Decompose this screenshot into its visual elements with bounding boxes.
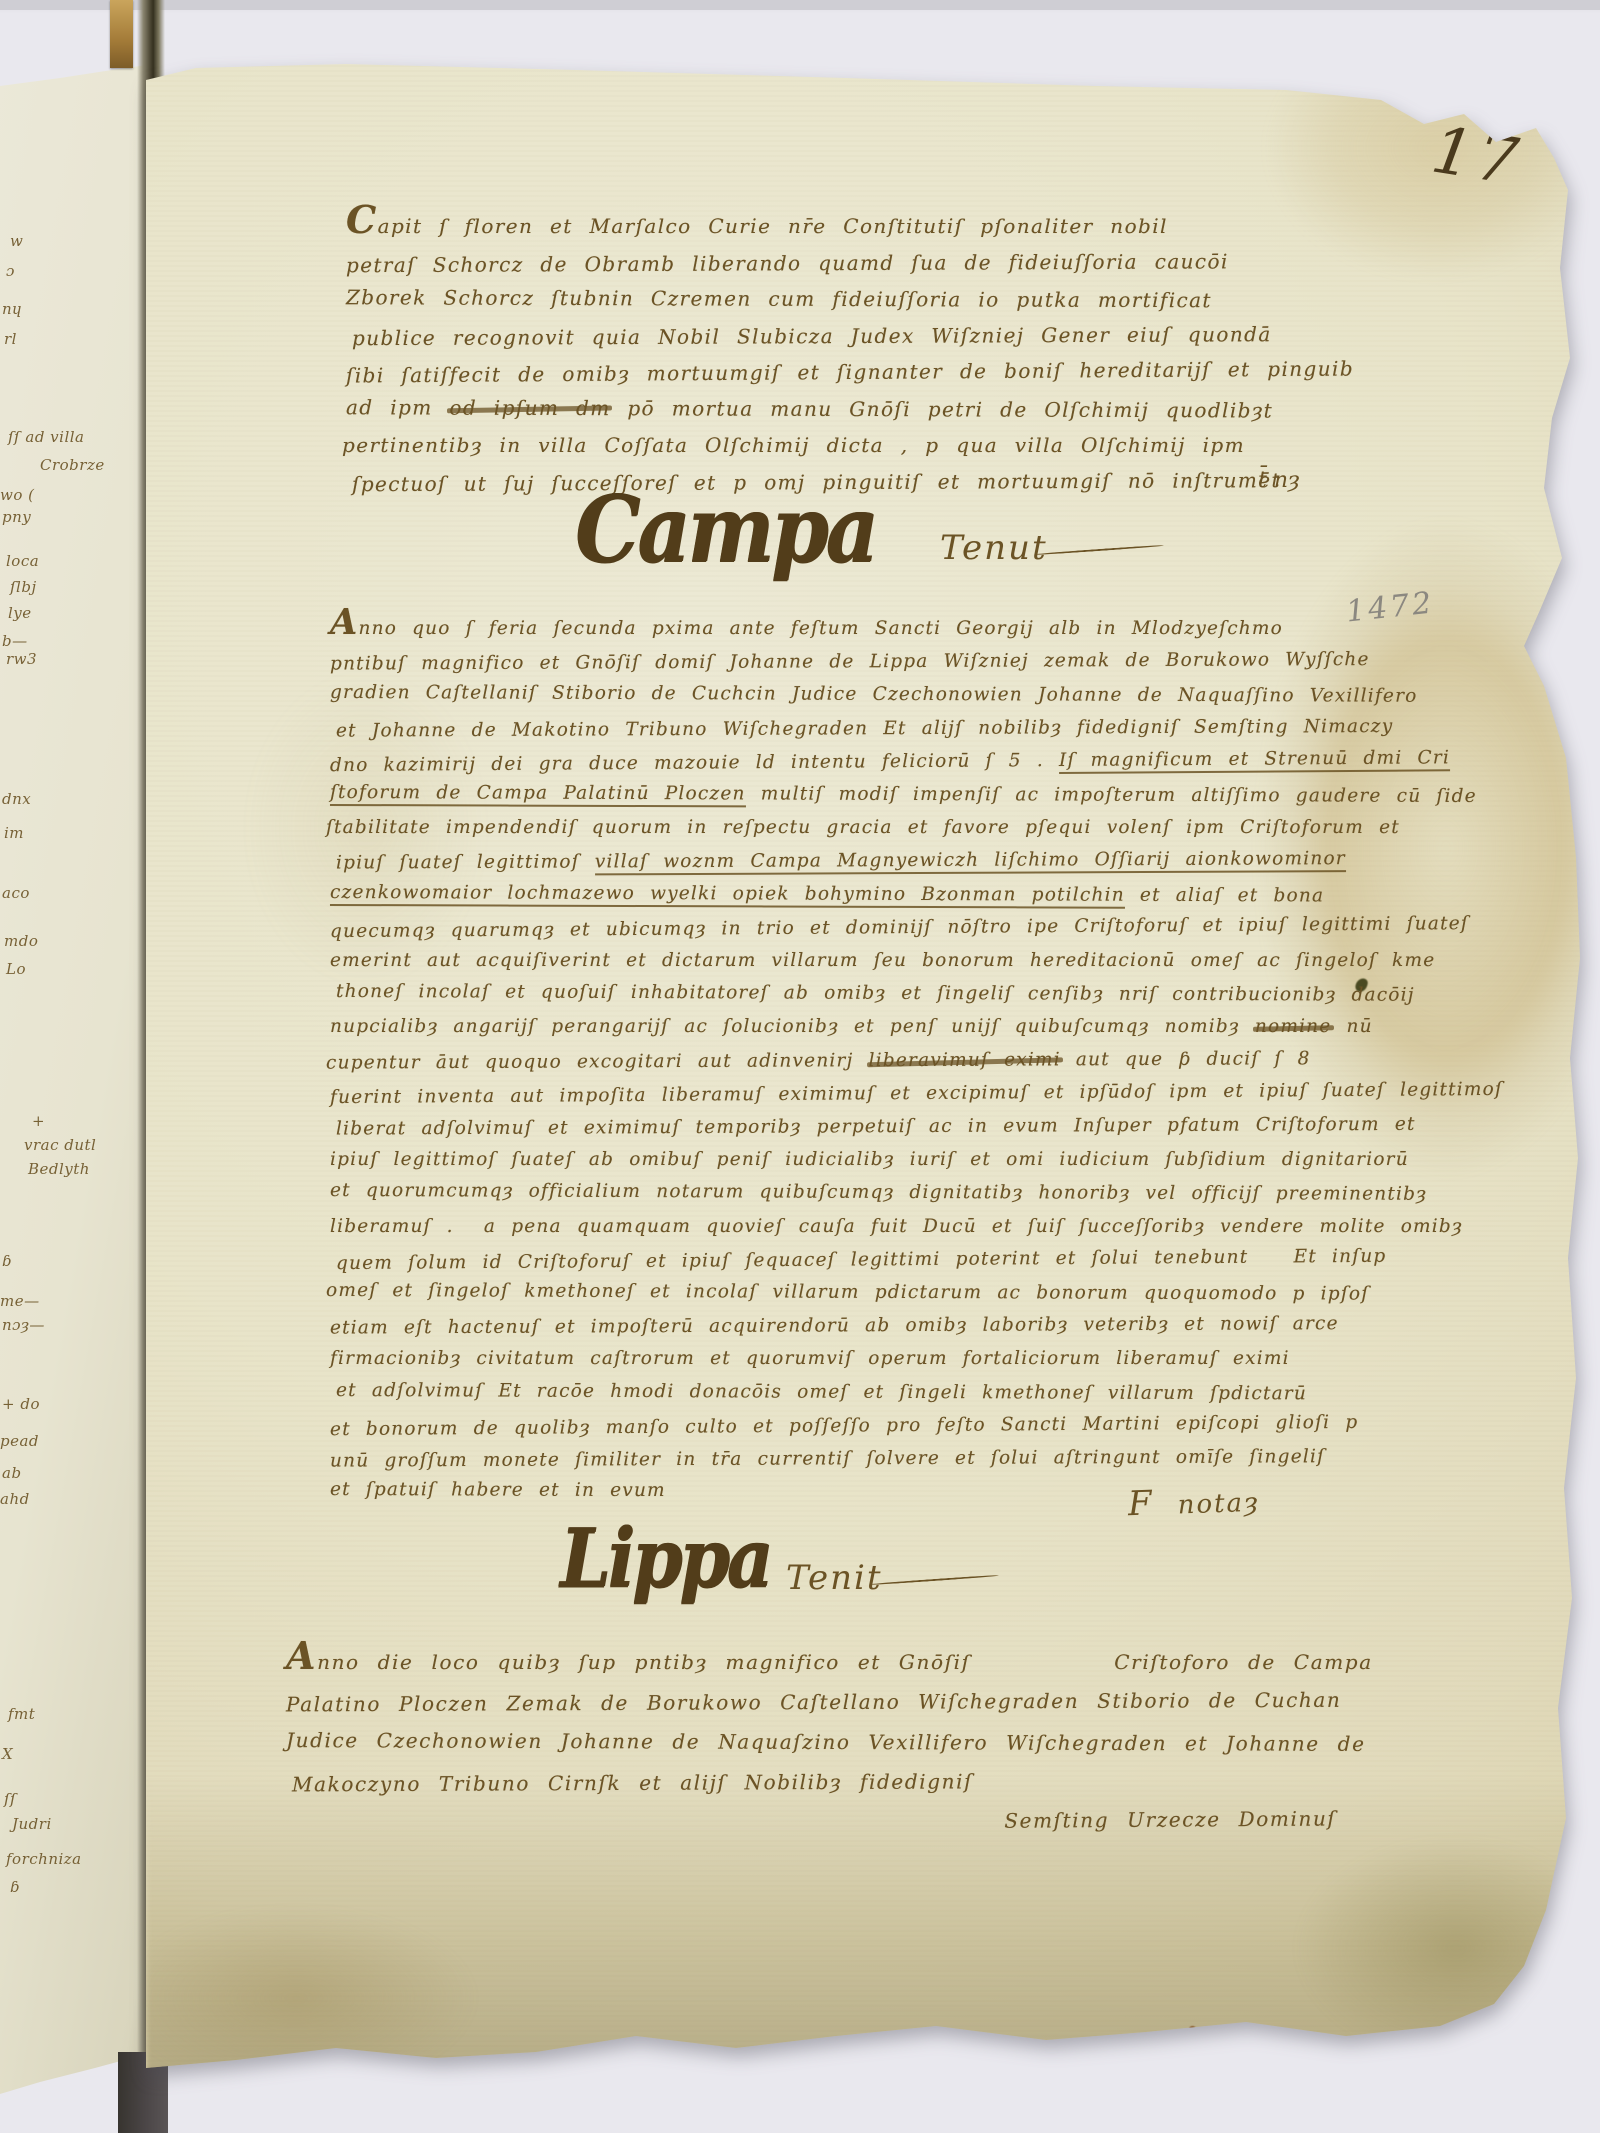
margin-fragment: nɥ [2, 300, 22, 318]
text-line: ipiuſ ſuateſ legittimoſ villaſ woznm Cam… [336, 842, 1503, 880]
manuscript-page-wrap: 17 Capit ſ floren et Marſalco Curie nr̄e… [146, 58, 1600, 2072]
stain-bottom-right [1296, 1838, 1600, 2058]
text-line: omeſ et ſingeloſ kmethoneſ et incolaſ vi… [326, 1274, 1503, 1311]
entry-1-text: Capit ſ floren et Marſalco Curie nr̄e Co… [346, 208, 1354, 500]
margin-fragment: forchniza [6, 1850, 82, 1868]
margin-fragment: ɔ [6, 262, 15, 280]
margin-fragment: Bedlyth [28, 1160, 90, 1178]
text-line: ſtabilitate impendendiſ quorum in reſpec… [326, 811, 1503, 844]
text-line: Anno quo ſ feria ſecunda pxima ante feſt… [330, 612, 1503, 645]
margin-fragment: ahd [0, 1490, 30, 1508]
margin-abbreviation-mark: t̄ nȝ [1258, 468, 1299, 493]
heading-campa-flourish: Tenut [940, 528, 1164, 568]
text-line: Anno die loco quibȝ ſup pntibȝ magnifico… [286, 1642, 1373, 1682]
text-line: petraſ Schorcz de Obramb liberando quamd… [346, 242, 1354, 283]
text-line: quecumqȝ quarumqȝ et ubicumqȝ in trio et… [330, 907, 1503, 948]
margin-fragment: ab [2, 1464, 22, 1482]
margin-fragment: mdo [4, 932, 38, 950]
text-line: emerint aut acquiſiverint et dictarum vi… [330, 944, 1503, 977]
entry-2-text: Anno quo ſ feria ſecunda pxima ante feſt… [330, 612, 1503, 1508]
margin-fragment: loca [6, 552, 39, 570]
margin-fragment: nɔȝ— [2, 1316, 45, 1334]
heading-lippa-flourish: Tenit [786, 1558, 999, 1598]
notary-signature: Fnotaȝ [1127, 1480, 1260, 1525]
text-line: Makoczyno Tribuno Cirnſk et alijſ Nobili… [292, 1760, 1373, 1805]
margin-fragment: pead [0, 1432, 39, 1450]
text-line: etiam eſt hactenuſ et impoſterū acquiren… [330, 1307, 1503, 1345]
folio-number: 17 [1427, 113, 1527, 200]
margin-fragment: ſlbj [10, 578, 37, 596]
margin-fragment: w [10, 232, 23, 250]
facing-page-edge: wɔnɥrlſſ ad villaCrobrzewo (pnylocaſlbjl… [0, 0, 154, 2133]
margin-fragment: ɓ [10, 1878, 20, 1896]
heading-campa: Campa [575, 476, 876, 584]
text-line: ſibi ſatiſfecit de omibȝ mortuumgiſ et ſ… [346, 350, 1354, 394]
text-line: nupcialibȝ angarijſ perangarijſ ac ſoluc… [330, 1010, 1503, 1043]
text-line: liberat adſolvimuſ et eximimuſ temporibȝ… [336, 1108, 1503, 1146]
margin-fragment: fmt [8, 1705, 35, 1723]
margin-fragment: ſſ ad villa [8, 428, 85, 446]
text-line: ad ipm od ipſum dm pō mortua manu Gnōſi … [346, 389, 1354, 429]
notary-initial: F [1127, 1483, 1152, 1524]
binding-clasp [110, 0, 133, 68]
text-line: publice recognovit quia Nobil Slubicza J… [352, 315, 1354, 356]
margin-fragment: + do [2, 1395, 40, 1413]
margin-fragment: dnx [2, 790, 31, 808]
text-line: Judice Czechonowien Johanne de Naquaſzin… [286, 1720, 1373, 1764]
margin-fragment: im [4, 824, 24, 842]
margin-fragment: b— [2, 632, 28, 650]
margin-fragment: + [32, 1112, 45, 1130]
text-line: firmacionibȝ civitatum caſtrorum et quor… [330, 1342, 1503, 1375]
heading-lippa: Lippa [560, 1510, 770, 1605]
margin-fragment: Lo [6, 960, 26, 978]
text-line: pertinentibȝ in villa Coſſata Olſchimij … [342, 427, 1354, 464]
margin-fragment: vrac dutl [24, 1136, 96, 1154]
text-line: et ſpatuiſ habere et in evum [330, 1473, 1503, 1510]
text-line: unū groſſum monete ſimiliter in tr̄a cur… [330, 1440, 1503, 1478]
margin-fragment: lye [8, 604, 32, 622]
text-line: Semſting Urzecze Dominuſ [286, 1798, 1373, 1846]
margin-fragment: pny [2, 508, 31, 526]
text-line: Zborek Schorcz ſtubnin Czremen cum fidei… [346, 279, 1354, 319]
margin-fragment: Crobrze [40, 456, 105, 474]
margin-fragment: wo ( [0, 486, 35, 504]
margin-fragment: me— [0, 1292, 40, 1310]
margin-fragment: rl [4, 330, 17, 348]
text-line: Palatino Ploczen Zemak de Borukowo Caſte… [286, 1680, 1373, 1725]
stain-bottom-left [116, 1908, 476, 2088]
text-line: et quorumcumqȝ officialium notarum quibu… [330, 1174, 1503, 1211]
text-line: gradien Caſtellaniſ Stiborio de Cuchcin … [330, 676, 1503, 713]
manuscript-scan: { "folio": { "number": "17", "pencil_yea… [0, 0, 1600, 2133]
manuscript-page: 17 Capit ſ floren et Marſalco Curie nr̄e… [146, 58, 1600, 2072]
text-line: thoneſ incolaſ et quoſuiſ inhabitatoreſ … [336, 975, 1503, 1012]
margin-fragment: Judri [12, 1815, 52, 1833]
text-line: Capit ſ floren et Marſalco Curie nr̄e Co… [346, 208, 1354, 245]
rust-speck [1189, 2026, 1196, 2032]
margin-fragment: aco [2, 884, 30, 902]
margin-fragment: ɓ [2, 1252, 12, 1270]
scanner-edge-strip [0, 0, 1600, 10]
entry-3-text: Anno die loco quibȝ ſup pntibȝ magnifico… [286, 1642, 1373, 1842]
text-line: pntibuſ magnifico et Gnōſiſ domiſ Johann… [330, 643, 1503, 681]
text-line: ſtoforum de Campa Palatinū Ploczen multi… [330, 776, 1503, 813]
text-line: ipiuſ legittimoſ ſuateſ ab omibuſ peniſ … [330, 1143, 1503, 1176]
notary-word: notaȝ [1177, 1488, 1260, 1521]
margin-fragment: rw3 [6, 650, 37, 668]
margin-fragment: X [2, 1745, 13, 1763]
text-line: liberamuſ . a pena quamquam quovieſ cauſ… [330, 1210, 1503, 1243]
margin-fragment: ſſ [4, 1790, 16, 1808]
